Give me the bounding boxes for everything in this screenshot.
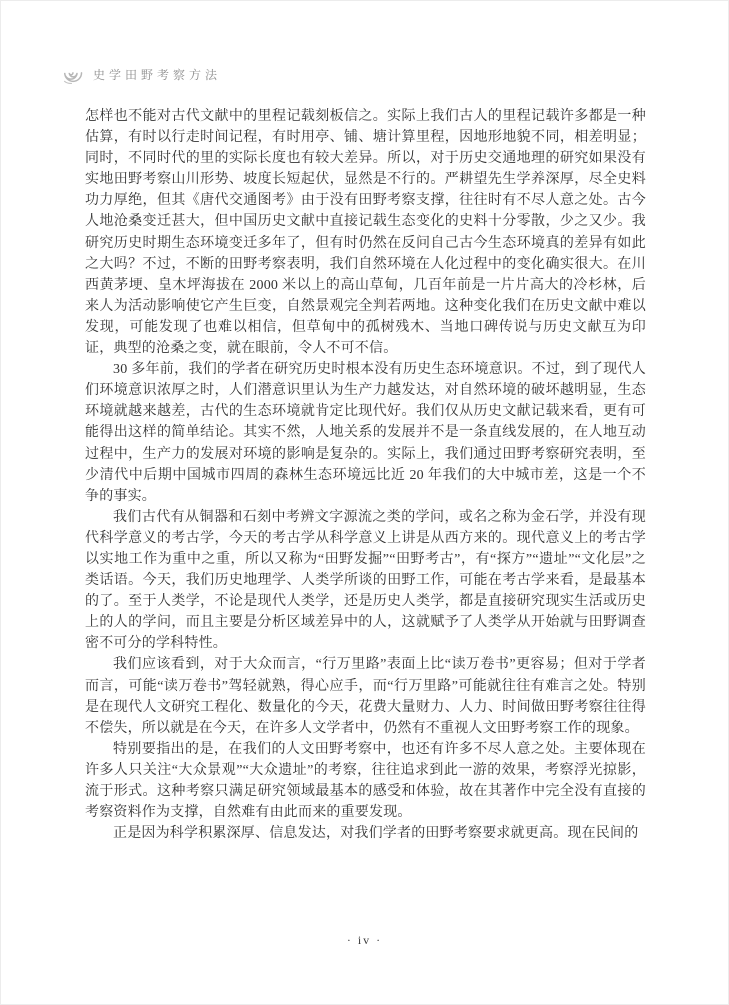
page-footer: · iv · [0, 931, 729, 949]
page-number: · iv · [347, 933, 382, 947]
paragraph-5: 特别要指出的是，在我们的人文田野考察中，也还有许多不尽人意之处。主要体现在许多人… [85, 739, 646, 823]
paragraph-4: 我们应该看到，对于大众而言，“行万里路”表面上比“读万卷书”更容易；但对于学者而… [85, 654, 646, 738]
page-header: 史学田野考察方法 [58, 57, 221, 92]
paragraph-2: 30 多年前，我们的学者在研究历史时根本没有历史生态环境意识。不过，到了现代人们… [85, 359, 646, 507]
book-title: 史学田野考察方法 [93, 66, 221, 83]
paragraph-6: 正是因为科学积累深厚、信息发达，对我们学者的田野考察要求就更高。现在民间的 [85, 823, 646, 844]
body-text: 怎样也不能对古代文献中的里程记载刻板信之。实际上我们古人的里程记载许多都是一种估… [85, 106, 646, 844]
swirl-logo-icon [58, 57, 86, 92]
paragraph-3: 我们古代有从铜器和石刻中考辨文字源流之类的学问，或名之称为金石学，并没有现代科学… [85, 507, 646, 655]
book-page: 史学田野考察方法 怎样也不能对古代文献中的里程记载刻板信之。实际上我们古人的里程… [0, 0, 729, 1005]
paragraph-1: 怎样也不能对古代文献中的里程记载刻板信之。实际上我们古人的里程记载许多都是一种估… [85, 106, 646, 359]
